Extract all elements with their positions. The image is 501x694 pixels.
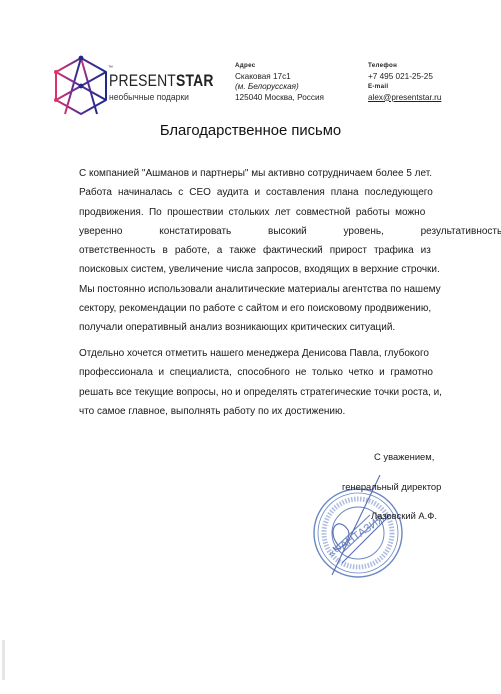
text-line: поисковых систем, увеличение числа запро… — [79, 260, 471, 279]
address-street: Скаковая 17с1 — [235, 72, 324, 83]
closing-regards: С уважением, — [374, 451, 434, 462]
address-metro: (м. Белорусская) — [235, 82, 324, 93]
letter-page: ™ PRESENTSTAR необычные подарки Адрес Ск… — [0, 0, 501, 694]
text-line: сектору, рекомендации по работе с сайтом… — [79, 299, 471, 318]
hexagon-star-logo-icon — [52, 55, 110, 117]
phone-label: Телефон — [368, 61, 441, 72]
signer-name: Лазовский А.Ф. — [371, 510, 437, 521]
brand-name-bold: STAR — [176, 71, 214, 90]
text-line: продвижения. По прошествии стольких лет … — [79, 203, 471, 222]
text-line: Работа начиналась с СЕО аудита и составл… — [79, 183, 471, 202]
signer-position: генеральный директор — [342, 481, 441, 492]
text-line: Мы постоянно использовали аналитические … — [79, 280, 471, 299]
address-city: 125040 Москва, Россия — [235, 93, 324, 104]
brand-block: ™ PRESENTSTAR необычные подарки — [109, 72, 237, 103]
text-line: что самое главное, выполнять работу по и… — [79, 402, 471, 421]
contacts-block: Телефон +7 495 021-25-25 E-mail alex@pre… — [368, 61, 441, 103]
scan-edge — [2, 640, 5, 680]
paragraph-2: Отдельно хочется отметить нашего менедже… — [79, 344, 471, 421]
text-line: С компанией "Ашманов и партнеры" мы акти… — [79, 164, 471, 183]
brand-name: PRESENTSTAR — [109, 72, 214, 90]
letter-title: Благодарственное письмо — [0, 123, 501, 139]
text-line: профессионала и специалиста, способного … — [79, 363, 471, 382]
text-line: Отдельно хочется отметить нашего менедже… — [79, 344, 471, 363]
brand-name-light: PRESENT — [109, 71, 176, 90]
text-line: решать все текущие вопросы, но и определ… — [79, 383, 471, 402]
address-block: Адрес Скаковая 17с1 (м. Белорусская) 125… — [235, 61, 324, 103]
text-line: уверенно констатировать высокий уровень,… — [79, 222, 471, 241]
brand-tagline: необычные подарки — [109, 92, 224, 103]
email-link[interactable]: alex@presentstar.ru — [368, 93, 441, 104]
address-label: Адрес — [235, 61, 324, 72]
text-line: получали оперативный анализ возникающих … — [79, 318, 471, 337]
phone-number: +7 495 021-25-25 — [368, 72, 441, 83]
paragraph-1: С компанией "Ашманов и партнеры" мы акти… — [79, 164, 471, 338]
text-line: ответственность в работе, а также фактич… — [79, 241, 471, 260]
email-label: E-mail — [368, 82, 441, 93]
